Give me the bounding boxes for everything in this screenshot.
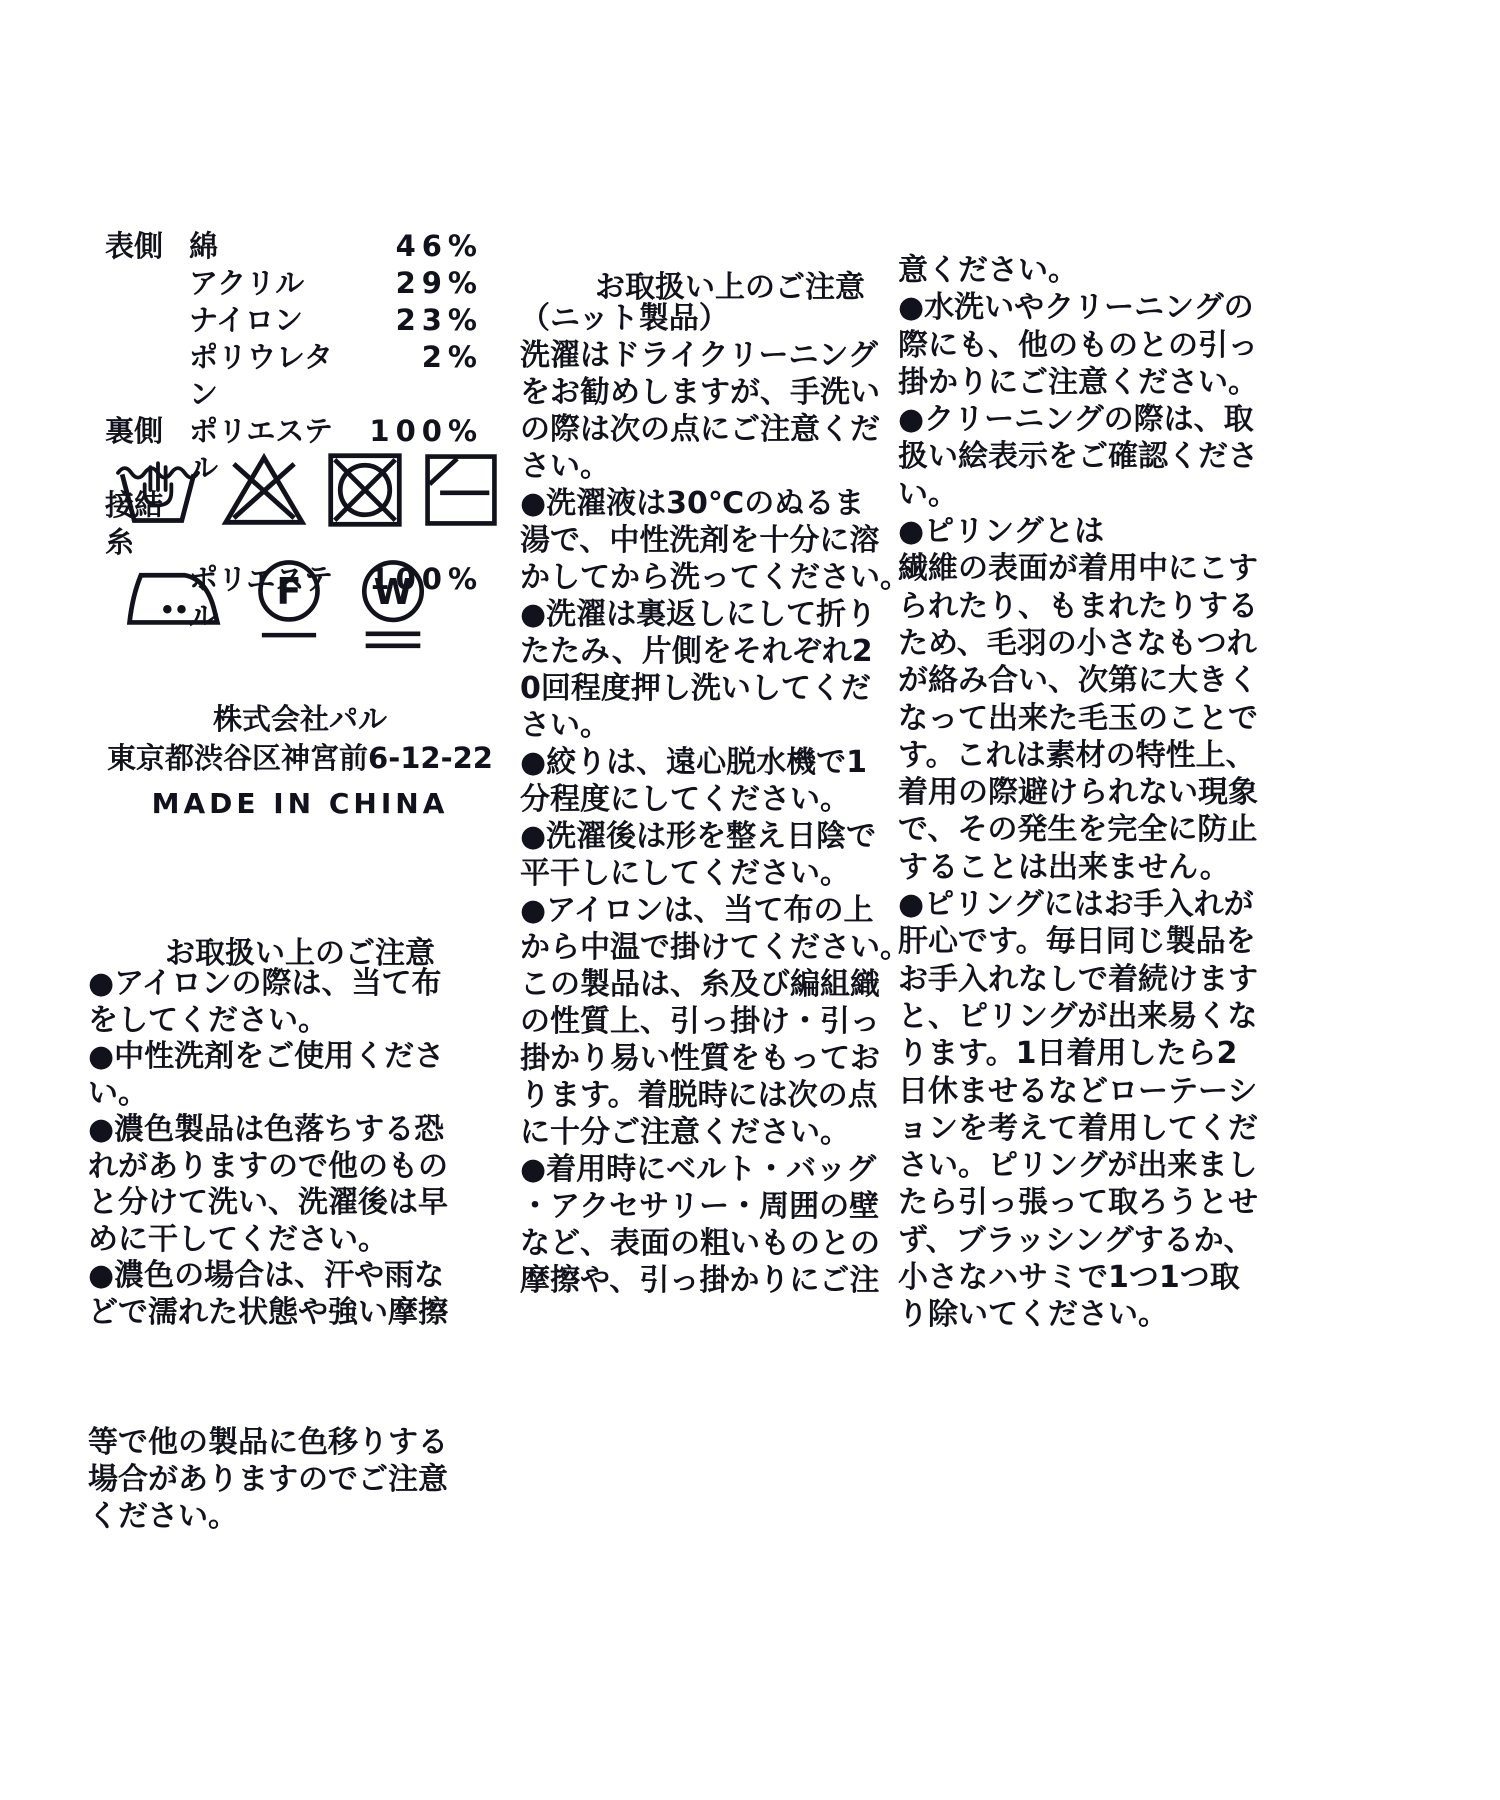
fiber-material: 綿 <box>189 228 351 265</box>
svg-text:W: W <box>374 572 413 613</box>
flat-dry-in-shade-icon <box>422 450 500 530</box>
care-notes-middle-body: （ニット製品） 洗濯はドライクリーニング をお勧めしますが、手洗い の際は次の点… <box>520 300 960 1299</box>
fiber-side <box>105 339 189 413</box>
composition-row: 表側 綿 46% <box>105 228 477 265</box>
fiber-percent: 46% <box>351 228 483 265</box>
care-notes-left-body: ●アイロンの際は、当て布 をしてください。 ●中性洗剤をご使用くださ い。 ●濃… <box>88 966 524 1331</box>
composition-row: ナイロン 23% <box>105 302 477 339</box>
fiber-material: ポリウレタン <box>189 339 351 413</box>
fiber-side: 表側 <box>105 228 189 265</box>
fiber-side <box>105 265 189 302</box>
garment-care-label: 表側 綿 46% アクリル 29% ナイロン 23% ポリウレタン 2% 裏側 … <box>0 0 1500 1800</box>
svg-text:F: F <box>276 570 301 613</box>
fiber-side <box>105 302 189 339</box>
care-symbols-row-2: F W <box>122 556 432 656</box>
dry-clean-petroleum-gentle-icon: F <box>250 556 328 648</box>
care-symbols-row-1 <box>112 450 500 530</box>
hand-wash-icon <box>112 450 204 530</box>
company-name: 株式会社パル <box>85 700 515 739</box>
fiber-percent: 2% <box>351 339 483 413</box>
iron-medium-icon <box>122 556 224 636</box>
fiber-material: アクリル <box>189 265 351 302</box>
fiber-percent: 29% <box>351 265 483 302</box>
do-not-bleach-icon <box>220 450 308 530</box>
composition-row: アクリル 29% <box>105 265 477 302</box>
do-not-tumble-dry-icon <box>324 450 406 530</box>
care-notes-left-overflow: 等で他の製品に色移りする 場合がありますのでご注意 ください。 <box>88 1424 524 1535</box>
care-notes-right-body: 意ください。 ●水洗いやクリーニングの 際にも、他のものとの引っ 掛かりにご注意… <box>898 252 1342 1334</box>
company-address: 東京都渋谷区神宮前6-12-22 <box>85 739 515 778</box>
fiber-material: ナイロン <box>189 302 351 339</box>
fiber-percent: 23% <box>351 302 483 339</box>
wet-clean-very-gentle-icon: W <box>354 556 432 656</box>
country-of-origin: MADE IN CHINA <box>85 784 515 823</box>
composition-row: ポリウレタン 2% <box>105 339 477 413</box>
manufacturer-block: 株式会社パル 東京都渋谷区神宮前6-12-22 MADE IN CHINA <box>85 700 515 823</box>
